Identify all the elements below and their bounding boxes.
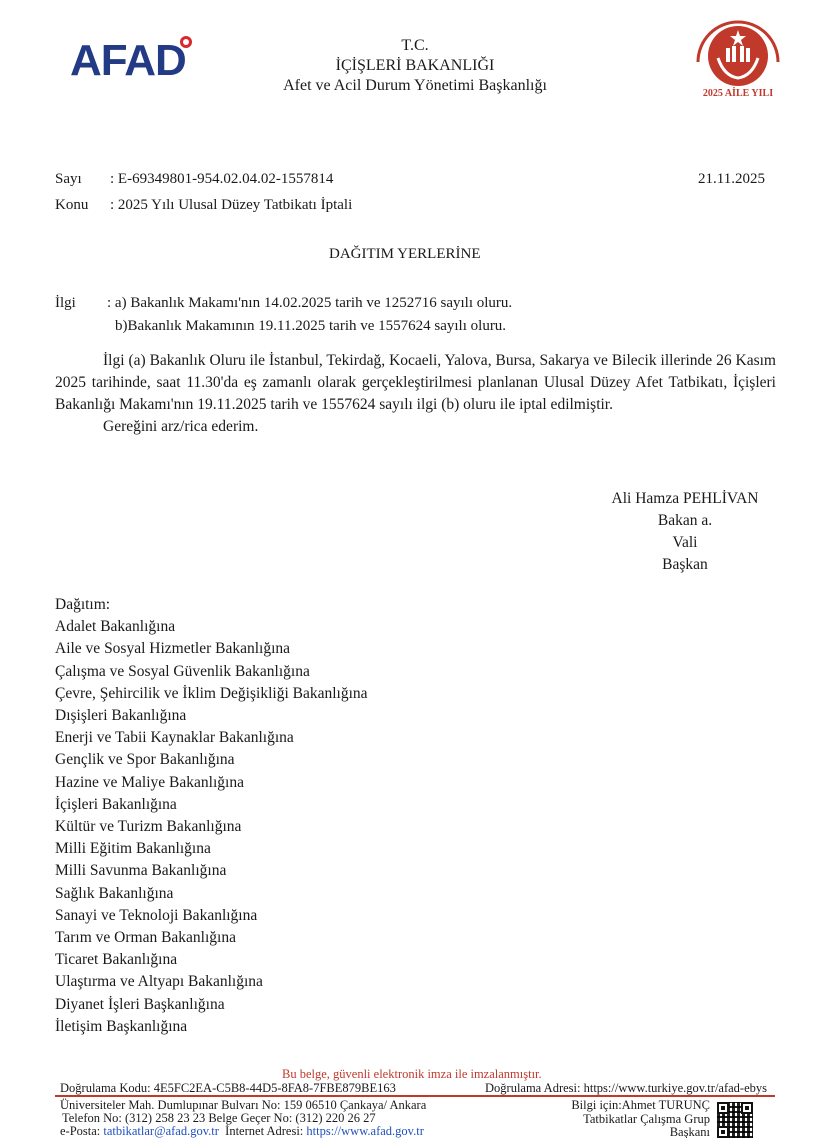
distribution-item: Sanayi ve Teknoloji Bakanlığına	[55, 905, 368, 927]
ilgi-item-b: b)Bakanlık Makamının 19.11.2025 tarih ve…	[115, 317, 506, 335]
signatory-title-1: Bakan a.	[600, 510, 770, 532]
ilgi-text: Bakanlık Makamı'nın 14.02.2025 tarih ve …	[130, 295, 512, 311]
distribution-label: Dağıtım:	[55, 594, 368, 616]
ilgi-label: İlgi	[55, 294, 76, 312]
esign-notice: Bu belge, güvenli elektronik imza ile im…	[282, 1068, 542, 1082]
family-year-logo: 2025 AİLE YILI	[690, 18, 786, 104]
distribution-item: Hazine ve Maliye Bakanlığına	[55, 772, 368, 794]
distribution-list: Dağıtım: Adalet BakanlığınaAile ve Sosya…	[55, 594, 368, 1038]
footer-divider	[55, 1095, 775, 1097]
email-link[interactable]: tatbikatlar@afad.gov.tr	[103, 1124, 219, 1138]
verification-code: Doğrulama Kodu: 4E5FC2EA-C5B8-44D5-8FA8-…	[60, 1082, 396, 1096]
distribution-item: Tarım ve Orman Bakanlığına	[55, 927, 368, 949]
distribution-item: İletişim Başkanlığına	[55, 1016, 368, 1038]
family-year-caption: 2025 AİLE YILI	[690, 88, 786, 99]
email-label: e-Posta:	[60, 1124, 100, 1138]
sayi-row: Sayı: E-69349801-954.02.04.02-1557814	[55, 170, 333, 188]
ilgi-item-a: : a) Bakanlık Makamı'nın 14.02.2025 tari…	[107, 294, 512, 312]
distribution-item: Enerji ve Tabii Kaynaklar Bakanlığına	[55, 727, 368, 749]
distribution-item: Çevre, Şehircilik ve İklim Değişikliği B…	[55, 683, 368, 705]
info-line-2: Tatbikatlar Çalışma Grup	[571, 1113, 710, 1127]
letterhead-line-ministry: İÇİŞLERİ BAKANLIĞI	[230, 56, 600, 76]
konu-value: : 2025 Yılı Ulusal Düzey Tatbikatı İptal…	[110, 197, 352, 213]
distribution-item: Diyanet İşleri Başkanlığına	[55, 994, 368, 1016]
qr-code-icon	[717, 1102, 753, 1138]
afad-logo: AFAD	[70, 38, 200, 88]
konu-row: Konu: 2025 Yılı Ulusal Düzey Tatbikatı İ…	[55, 196, 352, 214]
ilgi-marker: : a)	[107, 295, 127, 311]
distribution-item: Sağlık Bakanlığına	[55, 883, 368, 905]
family-year-emblem-icon	[690, 18, 786, 88]
info-contact: Bilgi için:Ahmet TURUNÇ Tatbikatlar Çalı…	[571, 1099, 710, 1138]
ilgi-marker: b)	[115, 318, 128, 334]
konu-label: Konu	[55, 196, 110, 214]
contact-line: e-Posta: tatbikatlar@afad.gov.tr İnterne…	[60, 1125, 424, 1138]
letterhead-line-agency: Afet ve Acil Durum Yönetimi Başkanlığı	[230, 76, 600, 96]
distribution-item: Ticaret Bakanlığına	[55, 949, 368, 971]
info-line-1: Bilgi için:Ahmet TURUNÇ	[571, 1099, 710, 1113]
verification-address: Doğrulama Adresi: https://www.turkiye.go…	[485, 1082, 767, 1096]
distribution-item: İçişleri Bakanlığına	[55, 794, 368, 816]
sayi-value: : E-69349801-954.02.04.02-1557814	[110, 171, 333, 187]
web-label: İnternet Adresi:	[225, 1124, 303, 1138]
distribution-item: Aile ve Sosyal Hizmetler Bakanlığına	[55, 638, 368, 660]
letterhead: T.C. İÇİŞLERİ BAKANLIĞI Afet ve Acil Dur…	[230, 36, 600, 96]
ilgi-text: Bakanlık Makamının 19.11.2025 tarih ve 1…	[128, 318, 507, 334]
letter-body: İlgi (a) Bakanlık Oluru ile İstanbul, Te…	[55, 350, 776, 438]
distribution-item: Dışişleri Bakanlığına	[55, 705, 368, 727]
afad-logo-text: AFAD	[70, 38, 186, 84]
info-line-3: Başkanı	[571, 1126, 710, 1138]
distribution-item: Ulaştırma ve Altyapı Bakanlığına	[55, 971, 368, 993]
signature-block: Ali Hamza PEHLİVAN Bakan a. Vali Başkan	[600, 488, 770, 576]
distribution-item: Milli Eğitim Bakanlığına	[55, 838, 368, 860]
body-closing: Gereğini arz/rica ederim.	[55, 416, 776, 438]
signatory-title-2: Vali	[600, 532, 770, 554]
addressee: DAĞITIM YERLERİNE	[329, 245, 481, 263]
signatory-name: Ali Hamza PEHLİVAN	[600, 488, 770, 510]
distribution-item: Gençlik ve Spor Bakanlığına	[55, 749, 368, 771]
distribution-item: Adalet Bakanlığına	[55, 616, 368, 638]
sayi-label: Sayı	[55, 170, 110, 188]
distribution-item: Kültür ve Turizm Bakanlığına	[55, 816, 368, 838]
web-link[interactable]: https://www.afad.gov.tr	[306, 1124, 423, 1138]
document-footer: Bu belge, güvenli elektronik imza ile im…	[55, 1068, 775, 1138]
distribution-item: Çalışma ve Sosyal Güvenlik Bakanlığına	[55, 661, 368, 683]
turkish-flag-icon	[180, 36, 192, 48]
signatory-title-3: Başkan	[600, 554, 770, 576]
letterhead-line-tc: T.C.	[230, 36, 600, 56]
document-date: 21.11.2025	[698, 170, 765, 188]
body-paragraph: İlgi (a) Bakanlık Oluru ile İstanbul, Te…	[55, 350, 776, 416]
distribution-item: Milli Savunma Bakanlığına	[55, 860, 368, 882]
